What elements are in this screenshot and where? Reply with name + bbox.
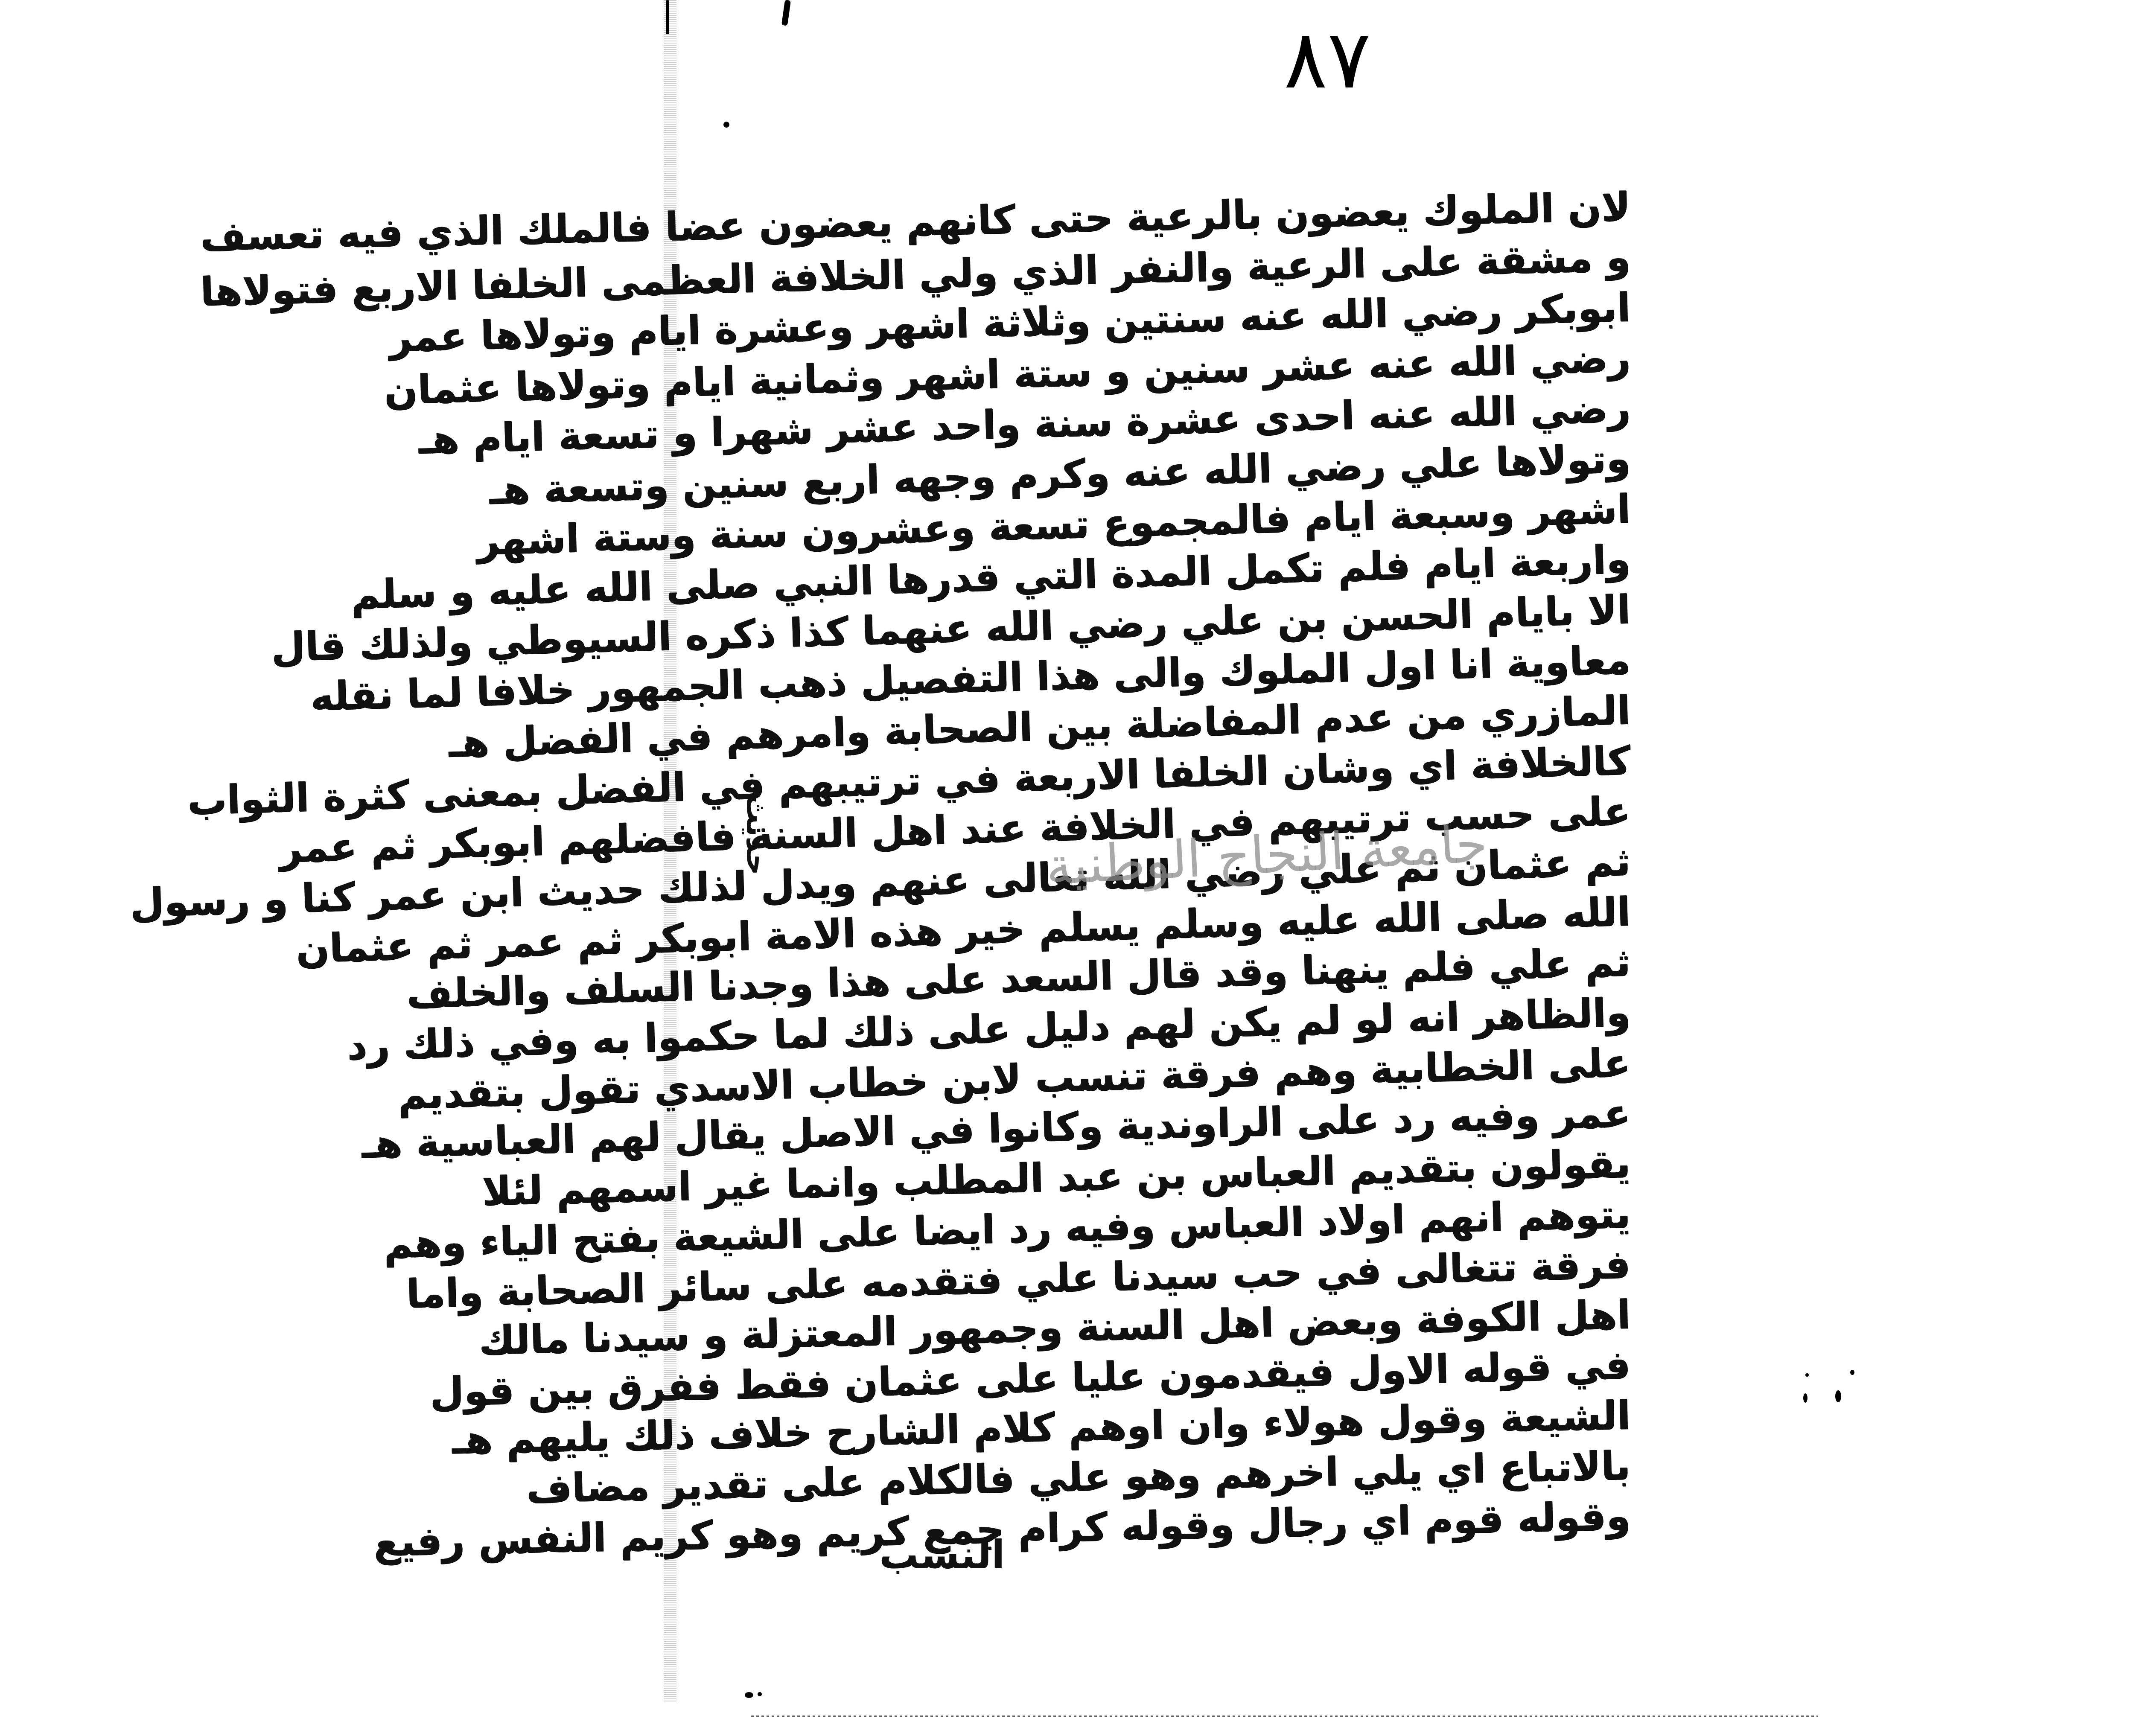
margin-note: حديث <box>745 794 775 922</box>
binding-gutter-mark <box>666 0 669 34</box>
catchword: النسب <box>879 1532 1005 1578</box>
folio-number: ٨٧ <box>1259 17 1396 102</box>
ink-mark-top <box>781 0 791 26</box>
page-bottom-edge <box>751 1716 1818 1717</box>
manuscript-scan: ٨٧ لان الملوك يعضون بالرعية حتى كانهم يع… <box>0 0 2134 1736</box>
